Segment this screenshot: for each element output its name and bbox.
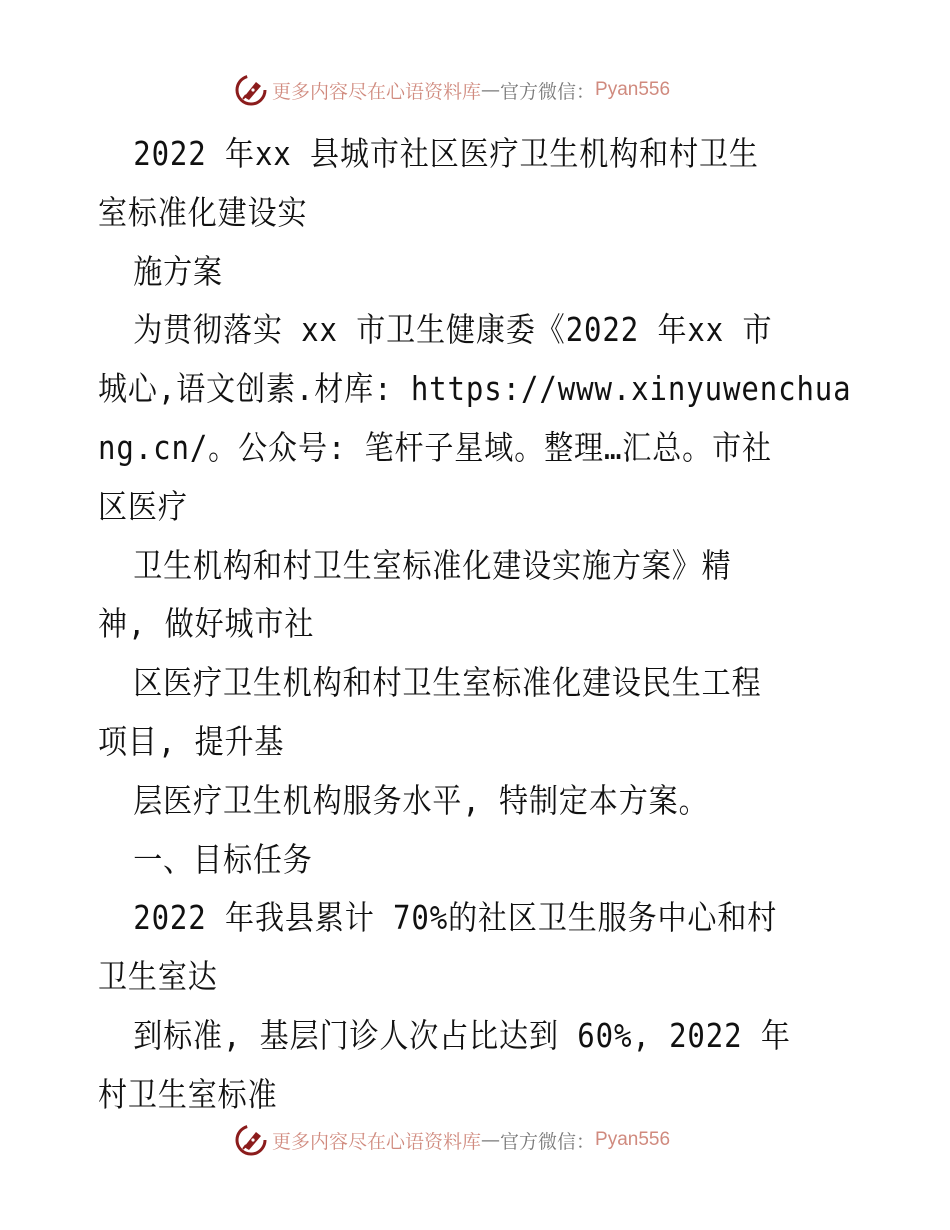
watermark-wechat-label: 官方微信： — [500, 1127, 595, 1154]
doc-line: 到标准, 基层门诊人次占比达到 60%, 2022 年 — [98, 1007, 767, 1066]
doc-line: 层医疗卫生机构服务水平, 特制定本方案。 — [98, 772, 767, 831]
footer-watermark: 更多内容尽在心语资料库 — 官方微信： Pyan556 — [234, 1122, 714, 1158]
doc-line: 区医疗卫生机构和村卫生室标准化建设民生工程 — [98, 654, 767, 713]
watermark-wechat-id: Pyan556 — [595, 1129, 670, 1151]
doc-line-title-3: 施方案 — [98, 243, 767, 302]
watermark-wechat-id: Pyan556 — [595, 79, 670, 101]
document-body: 2022 年xx 县城市社区医疗卫生机构和村卫生 室标准化建设实 施方案 为贯彻… — [98, 125, 858, 1125]
header-watermark: 更多内容尽在心语资料库 — 官方微信： Pyan556 — [234, 72, 714, 108]
watermark-separator: — — [481, 79, 500, 101]
doc-line-title-2: 室标准化建设实 — [98, 184, 767, 243]
pen-nib-circle-icon — [234, 73, 268, 107]
watermark-site-text: 更多内容尽在心语资料库 — [272, 1127, 481, 1154]
doc-line: 卫生机构和村卫生室标准化建设实施方案》精 — [98, 537, 767, 596]
doc-line: ng.cn/。公众号: 笔杆子星域。整理…汇总。市社 — [98, 419, 767, 478]
watermark-wechat-label: 官方微信： — [500, 77, 595, 104]
doc-line: 村卫生室标准 — [98, 1066, 767, 1125]
doc-line: 卫生室达 — [98, 948, 767, 1007]
doc-line: 为贯彻落实 xx 市卫生健康委《2022 年xx 市 — [98, 301, 767, 360]
watermark-separator: — — [481, 1129, 500, 1151]
watermark-site-text: 更多内容尽在心语资料库 — [272, 77, 481, 104]
pen-nib-circle-icon — [234, 1123, 268, 1157]
doc-line: 城心,语文创素.材库: https://www.xinyuwenchua — [98, 360, 767, 419]
doc-line: 2022 年我县累计 70%的社区卫生服务中心和村 — [98, 889, 767, 948]
doc-line-title-1: 2022 年xx 县城市社区医疗卫生机构和村卫生 — [98, 125, 767, 184]
section-heading: 一、目标任务 — [98, 831, 767, 890]
doc-line: 项目, 提升基 — [98, 713, 767, 772]
doc-line: 区医疗 — [98, 478, 767, 537]
doc-line: 神, 做好城市社 — [98, 595, 767, 654]
